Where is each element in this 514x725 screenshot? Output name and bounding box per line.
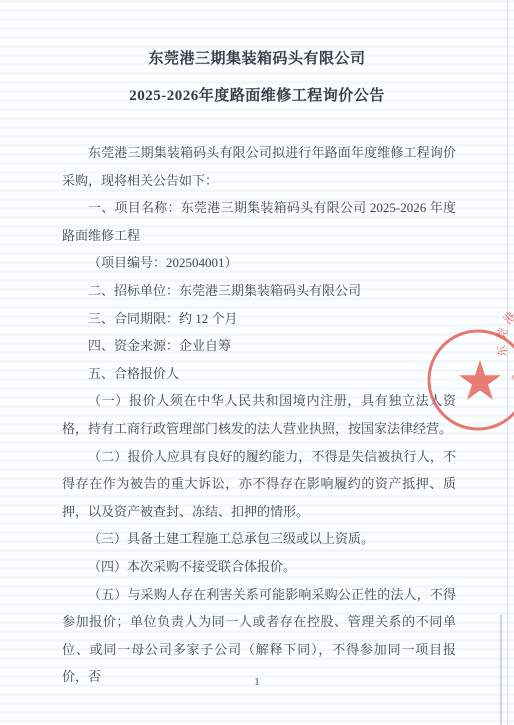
paragraph-requirement-2: （二）报价人应具有良好的履约能力，不得是失信被执行人，不得存在作为被告的重大诉讼… — [62, 443, 456, 526]
document-body: 东莞港三期集装箱码头有限公司拟进行年路面年度维修工程询价采购，现将相关公告如下：… — [62, 139, 456, 691]
document-title-company: 东莞港三期集装箱码头有限公司 — [0, 48, 514, 70]
paragraph-requirement-5: （五）与采购人存在利害关系可能影响采购公正性的法人，不得参加报价；单位负责人为同… — [62, 581, 456, 691]
document-header: 东莞港三期集装箱码头有限公司 2025-2026年度路面维修工程询价公告 — [0, 0, 514, 107]
seal-star-icon — [459, 360, 501, 400]
page-number: 1 — [0, 676, 514, 688]
paragraph-intro: 东莞港三期集装箱码头有限公司拟进行年路面年度维修工程询价采购，现将相关公告如下： — [62, 139, 456, 194]
paragraph-fund-source: 四、资金来源：企业自筹 — [62, 332, 456, 360]
paragraph-requirement-1: （一）报价人须在中华人民共和国境内注册，具有独立法人资格，持有工商行政管理部门核… — [62, 387, 456, 442]
paragraph-requirement-3: （三）具备土建工程施工总承包三级或以上资质。 — [62, 525, 456, 553]
paragraph-project-name: 一、项目名称：东莞港三期集装箱码头有限公司 2025-2026 年度路面维修工程 — [62, 194, 456, 249]
scan-page-edge-line — [507, 0, 508, 725]
scanned-document-page: 东莞港三期集装箱码头有限公司 2025-2026年度路面维修工程询价公告 东莞港… — [0, 0, 514, 725]
paragraph-tender-unit: 二、招标单位：东莞港三期集装箱码头有限公司 — [62, 277, 456, 305]
document-title-announcement: 2025-2026年度路面维修工程询价公告 — [0, 85, 514, 107]
paragraph-contract-term: 三、合同期限：约 12 个月 — [62, 305, 456, 333]
paragraph-qualified-bidders-heading: 五、合格报价人 — [62, 360, 456, 388]
scan-page-edge-shadow — [500, 615, 502, 725]
paragraph-project-number: （项目编号：202504001） — [62, 249, 456, 277]
paragraph-requirement-4: （四）本次采购不接受联合体报价。 — [62, 553, 456, 581]
seal-company-text: 东莞港三期集装箱码头有限公司 — [478, 310, 514, 407]
